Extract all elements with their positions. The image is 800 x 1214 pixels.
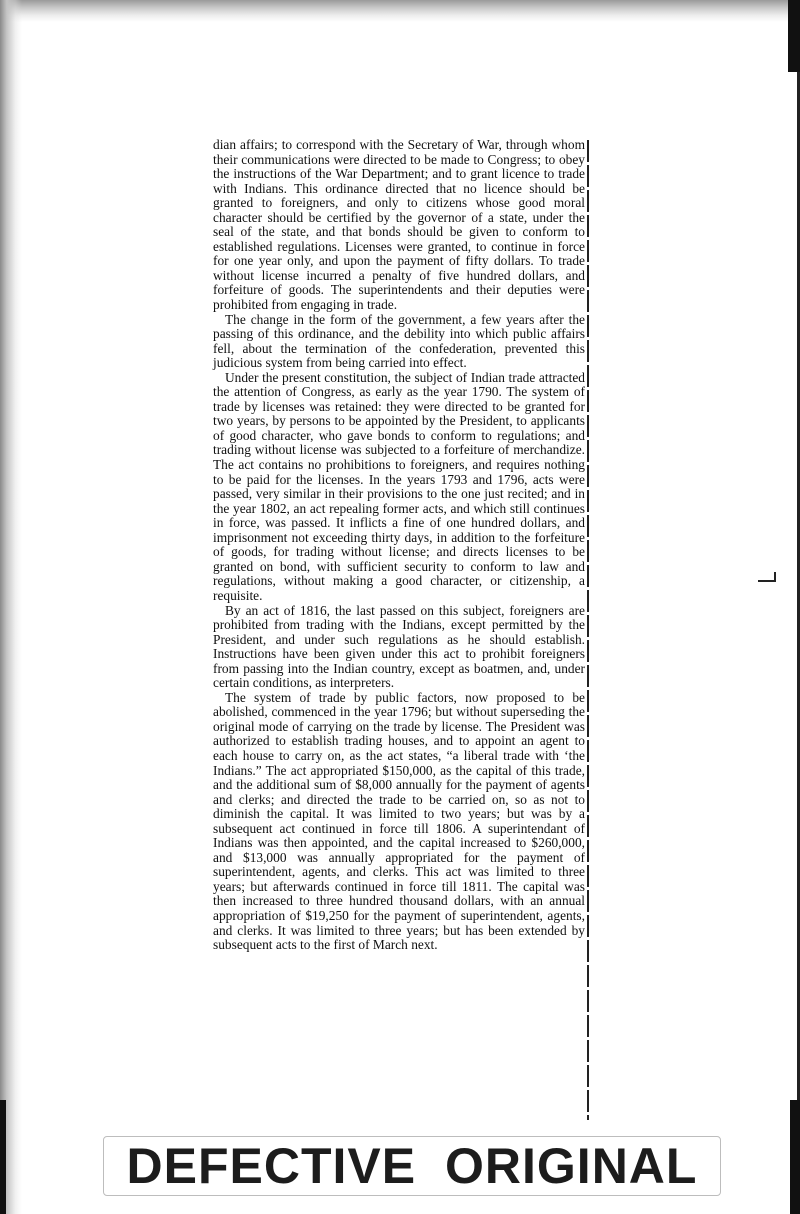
scan-border-left-dark bbox=[0, 1100, 6, 1214]
margin-crop-mark bbox=[758, 580, 776, 582]
scan-border-right-bottom bbox=[790, 1100, 800, 1214]
scan-border-left bbox=[0, 0, 22, 1214]
paragraph-ordinance: dian affairs; to correspond with the Sec… bbox=[213, 138, 585, 313]
scan-border-top bbox=[0, 0, 790, 22]
column-rule bbox=[587, 140, 589, 1120]
article-column: dian affairs; to correspond with the Sec… bbox=[213, 138, 585, 953]
defective-original-stamp: DEFECTIVE ORIGINAL bbox=[103, 1136, 721, 1196]
scan-border-right-top bbox=[788, 0, 800, 72]
paragraph-public-factors: The system of trade by public factors, n… bbox=[213, 691, 585, 953]
paragraph-constitution: Under the present constitution, the subj… bbox=[213, 371, 585, 604]
paragraph-act-1816: By an act of 1816, the last passed on th… bbox=[213, 604, 585, 691]
paragraph-government-change: The change in the form of the government… bbox=[213, 313, 585, 371]
stamp-label: DEFECTIVE ORIGINAL bbox=[127, 1137, 698, 1195]
